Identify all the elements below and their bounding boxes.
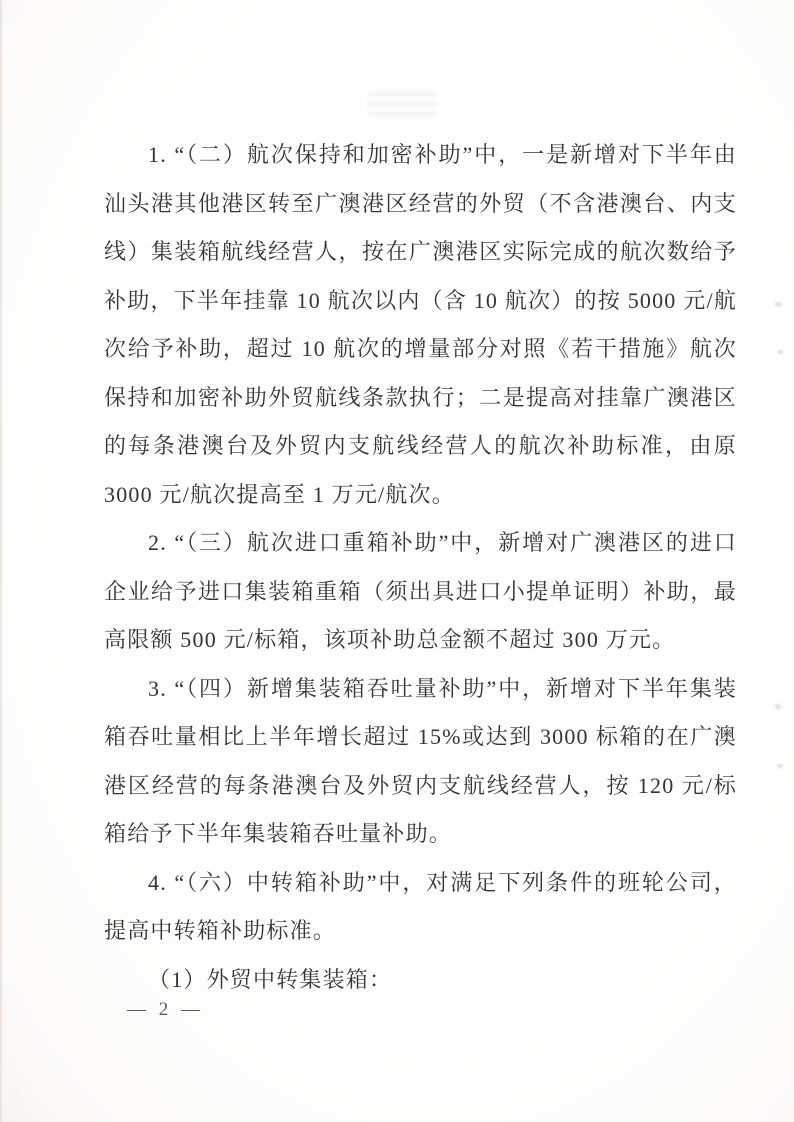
scan-speck-artifact — [777, 764, 783, 768]
paragraph-4-transshipment-subsidy: 4. “（六）中转箱补助”中，对满足下列条件的班轮公司，提高中转箱补助标准。 — [104, 859, 737, 956]
scan-speck-artifact — [775, 704, 781, 709]
paragraph-1-route-maintenance-subsidy: 1. “（二）航次保持和加密补助”中，一是新增对下半年由汕头港其他港区转至广澳港… — [104, 131, 737, 519]
scan-speck-artifact — [778, 350, 783, 354]
page-number: — 2 — — [127, 999, 204, 1021]
scan-speck-artifact — [775, 302, 782, 307]
scanned-document-page: 1. “（二）航次保持和加密补助”中，一是新增对下半年由汕头港其他港区转至广澳港… — [0, 0, 794, 1122]
paragraph-2-import-laden-container-subsidy: 2. “（三）航次进口重箱补助”中，新增对广澳港区的进口企业给予进口集装箱重箱（… — [104, 519, 737, 665]
ink-bleed-artifact — [368, 92, 436, 118]
paragraph-3-throughput-subsidy: 3. “（四）新增集装箱吞吐量补助”中，新增对下半年集装箱吞吐量相比上半年增长超… — [104, 665, 737, 859]
paragraph-5-foreign-trade-transshipment-item: （1）外贸中转集装箱： — [104, 956, 737, 1005]
document-body: 1. “（二）航次保持和加密补助”中，一是新增对下半年由汕头港其他港区转至广澳港… — [104, 131, 737, 1004]
